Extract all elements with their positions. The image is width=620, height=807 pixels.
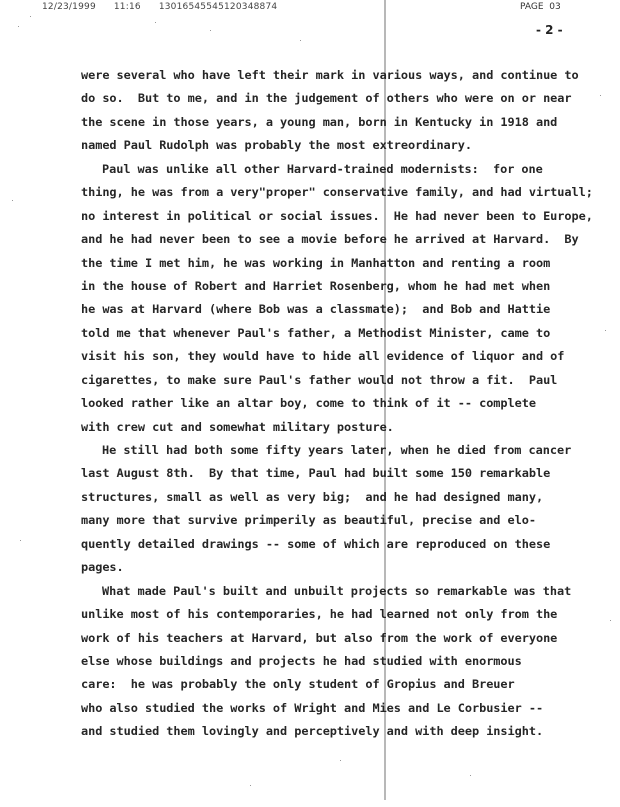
text-line: pages. [81,556,620,579]
text-line: told me that whenever Paul's father, a M… [81,322,620,345]
fax-transmission-header: 12/23/199911:1613016545545120348874 [42,2,295,12]
text-line: in the house of Robert and Harriet Rosen… [81,275,620,298]
text-line: last August 8th. By that time, Paul had … [81,462,620,485]
text-line: no interest in political or social issue… [81,205,620,228]
text-line: work of his teachers at Harvard, but als… [81,627,620,650]
text-line: else whose buildings and projects he had… [81,650,620,673]
paragraph-first-line: He still had both some fifty years later… [81,439,620,462]
fax-number: 13016545545120348874 [159,2,278,12]
text-line: thing, he was from a very"proper" conser… [81,181,620,204]
text-line: unlike most of his contemporaries, he ha… [81,603,620,626]
paragraph-first-line: What made Paul's built and unbuilt proje… [81,580,620,603]
text-line: were several who have left their mark in… [81,64,620,87]
text-line: named Paul Rudolph was probably the most… [81,134,620,157]
fax-time: 11:16 [114,2,141,12]
text-line: cigarettes, to make sure Paul's father w… [81,369,620,392]
text-line: and studied them lovingly and perceptive… [81,720,620,743]
paragraph-first-line: Paul was unlike all other Harvard-traine… [81,158,620,181]
text-line: do so. But to me, and in the judgement o… [81,87,620,110]
text-line: he was at Harvard (where Bob was a class… [81,298,620,321]
text-line: with crew cut and somewhat military post… [81,416,620,439]
text-line: structures, small as well as very big; a… [81,486,620,509]
text-line: the time I met him, he was working in Ma… [81,252,620,275]
text-line: who also studied the works of Wright and… [81,697,620,720]
document-body: were several who have left their mark in… [81,64,620,744]
fax-page-label: PAGE 03 [520,2,561,12]
text-line: quently detailed drawings -- some of whi… [81,533,620,556]
text-line: and he had never been to see a movie bef… [81,228,620,251]
text-line: visit his son, they would have to hide a… [81,345,620,368]
text-line: many more that survive primperily as bea… [81,509,620,532]
text-line: the scene in those years, a young man, b… [81,111,620,134]
text-line: care: he was probably the only student o… [81,673,620,696]
text-line: looked rather like an altar boy, come to… [81,392,620,415]
fax-date: 12/23/1999 [42,2,96,12]
page-number: - 2 - [536,23,563,37]
